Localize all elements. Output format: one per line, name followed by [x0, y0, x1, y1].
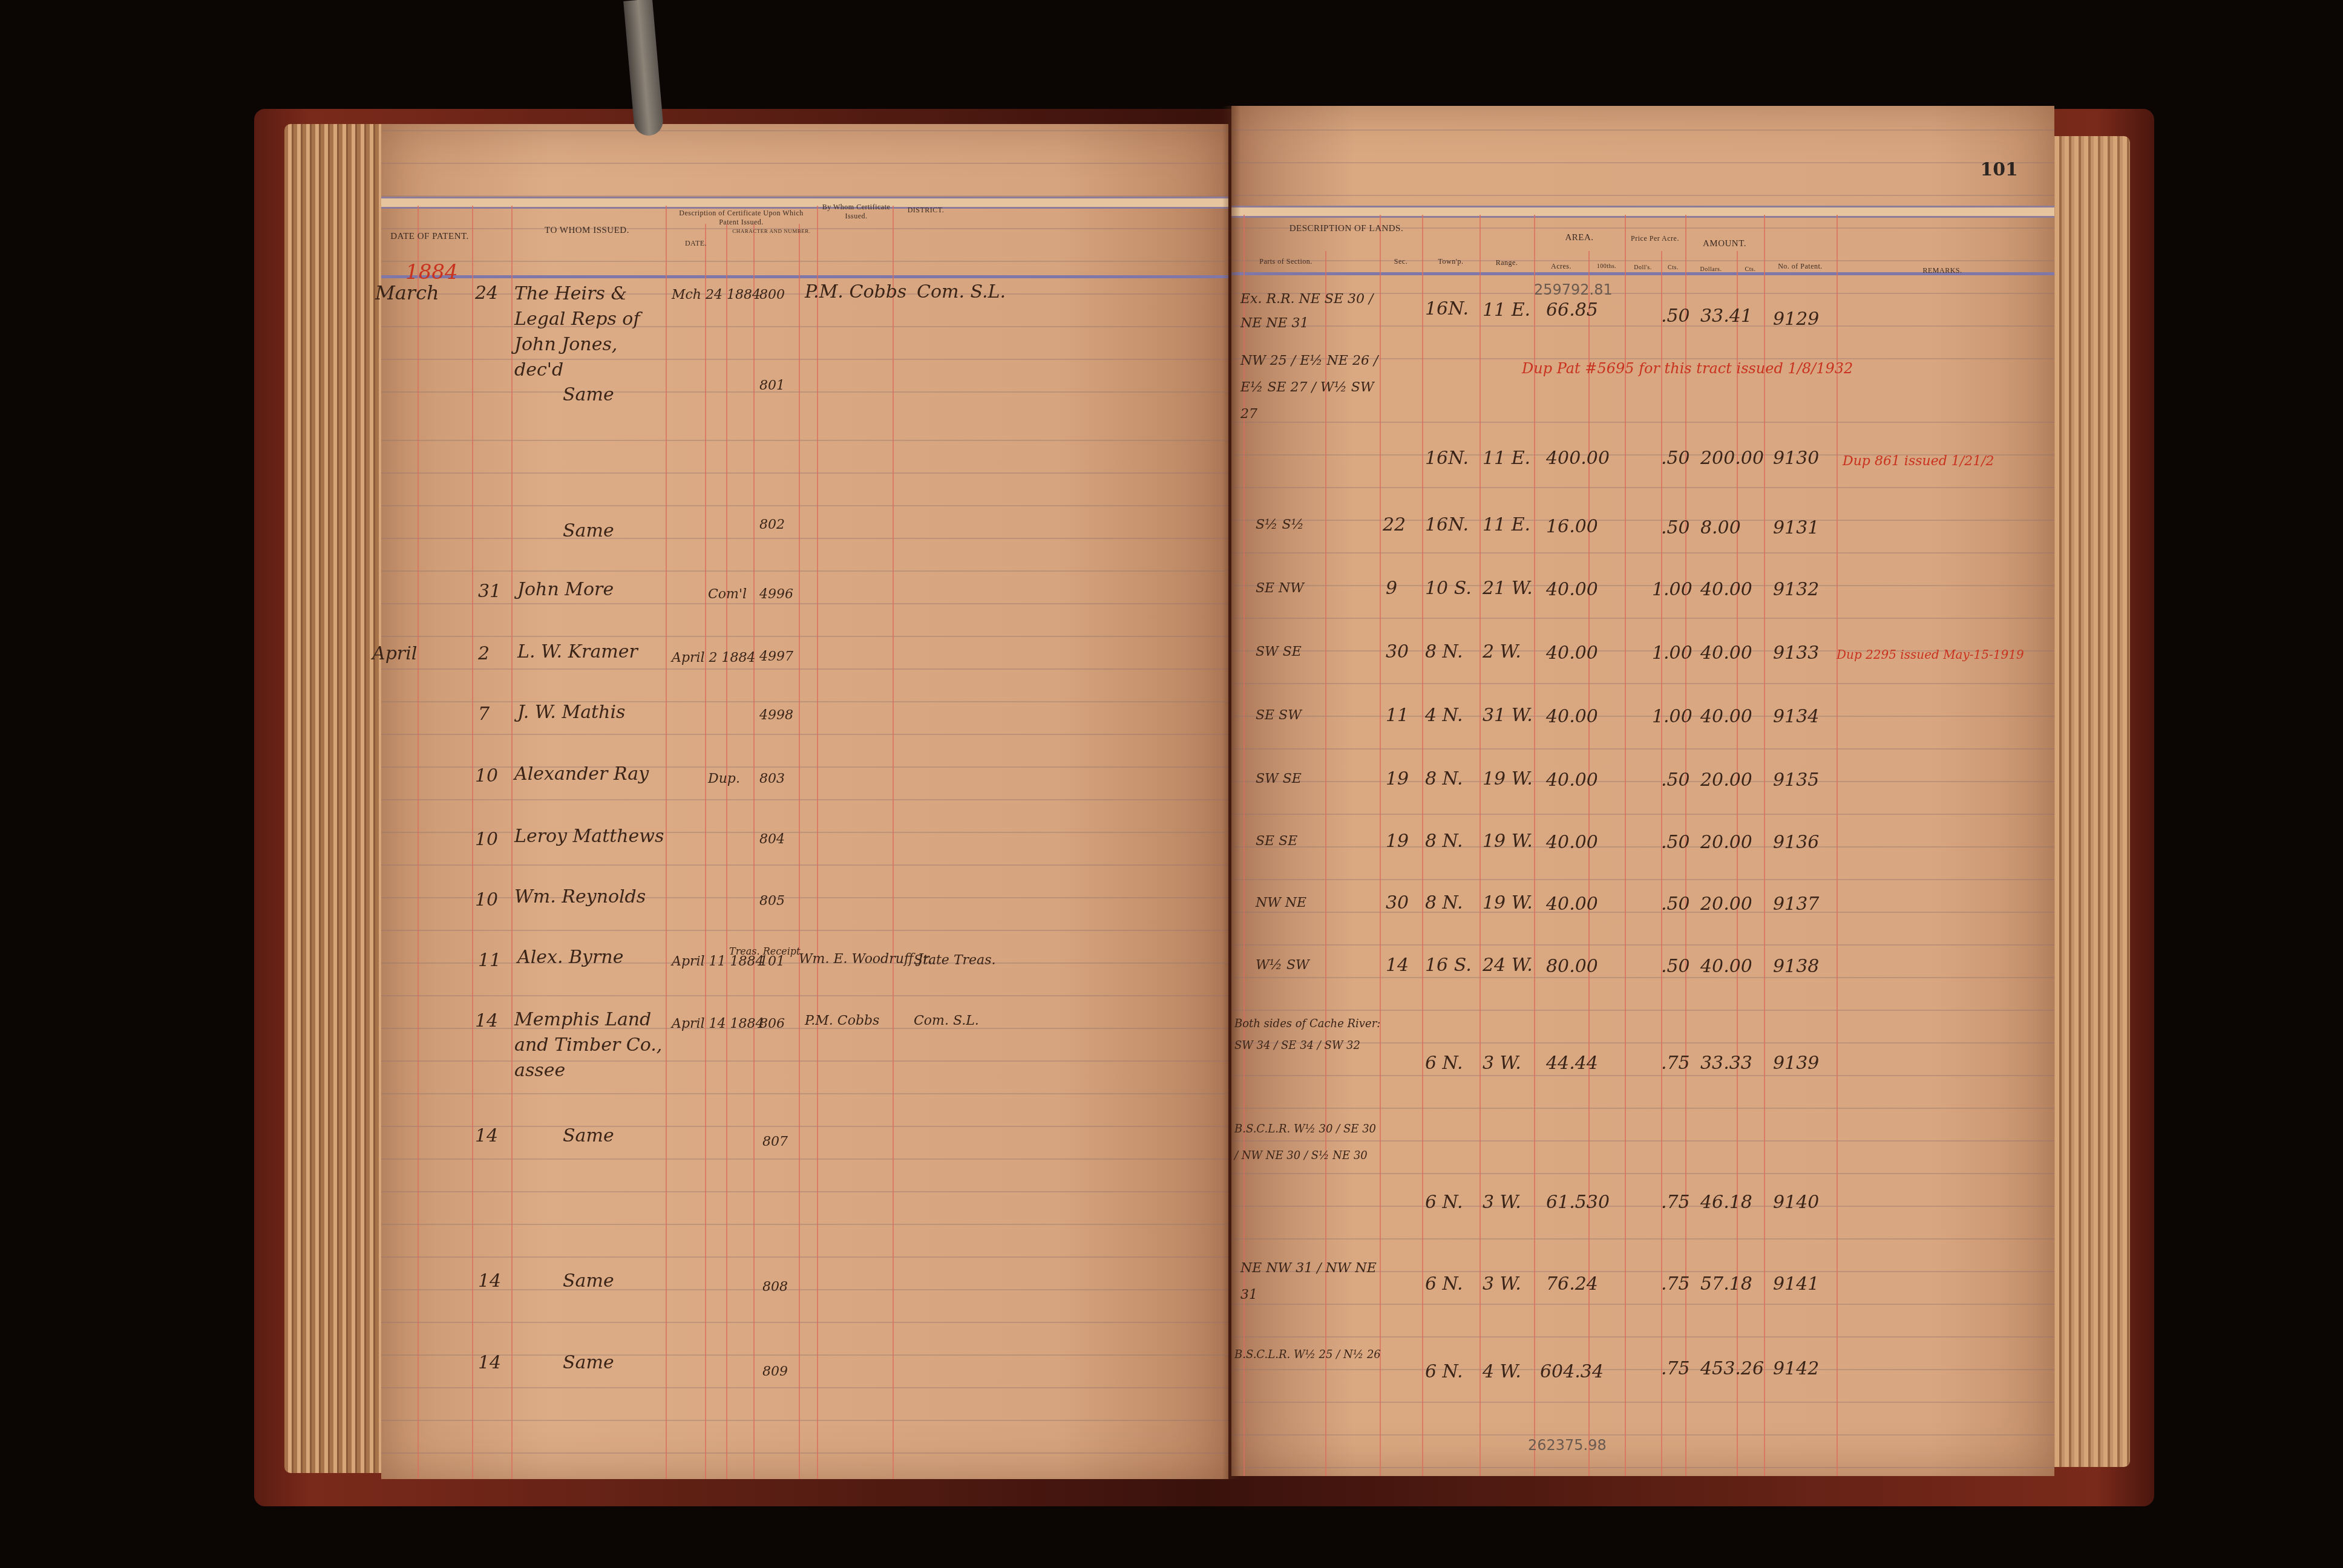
- entry-name: Alex. Byrne: [517, 947, 623, 968]
- header-by-whom: By Whom Certificate Issued.: [820, 203, 893, 221]
- right-page-edges: [2045, 136, 2130, 1467]
- entry-section: 9: [1386, 578, 1397, 599]
- entry-cert-date: April 2 1884: [672, 650, 756, 665]
- entry-district: State Treas.: [914, 953, 996, 968]
- entry-amount: 20.00: [1700, 832, 1752, 853]
- entry-cert-number: 4998: [759, 708, 793, 723]
- left-page-edges: [284, 124, 387, 1473]
- header-hundredths: 100ths.: [1588, 263, 1625, 270]
- header-amount-dollars: Dollars.: [1685, 266, 1737, 273]
- entry-parts-of-section: SW SE: [1256, 644, 1302, 659]
- entry-range: 4 W.: [1483, 1361, 1521, 1382]
- entry-acres: 40.00: [1546, 769, 1598, 791]
- entry-name: L. W. Kramer: [517, 641, 638, 662]
- entry-name: Leroy Matthews: [514, 826, 664, 847]
- entry-name: J. W. Mathis: [517, 702, 625, 723]
- entry-by-whom: Wm. E. Woodruff Jr.: [799, 952, 932, 967]
- header-amount: AMOUNT.: [1685, 239, 1764, 249]
- entry-amount: 453.26: [1700, 1358, 1764, 1379]
- entry-patent-number: 9129: [1773, 309, 1819, 330]
- entry-cert-number: 804: [759, 832, 785, 847]
- entry-section: 22: [1383, 514, 1406, 535]
- page-number: 101: [1980, 159, 2018, 180]
- entry-patent-number: 9132: [1773, 579, 1819, 600]
- header-area: AREA.: [1534, 233, 1625, 243]
- entry-amount: 200.00: [1700, 448, 1764, 469]
- entry-township: 16N.: [1425, 448, 1469, 469]
- entry-township: 6 N.: [1425, 1053, 1463, 1074]
- entry-price: .50: [1661, 517, 1690, 538]
- entry-township: 16N.: [1425, 514, 1469, 535]
- entry-day: 10: [475, 889, 498, 910]
- entry-name: Same: [563, 1125, 614, 1146]
- ruled-lines: [381, 124, 1228, 1479]
- entry-parts-of-section: NE NW 31 / NW NE 31: [1240, 1255, 1383, 1308]
- entry-patent-number: 9141: [1773, 1273, 1819, 1295]
- header-acres: Acres.: [1534, 262, 1588, 271]
- entry-parts-of-section: S½ S½: [1256, 517, 1304, 532]
- entry-amount: 20.00: [1700, 893, 1752, 915]
- entry-township: 8 N.: [1425, 892, 1463, 913]
- entry-day: 14: [478, 1270, 501, 1292]
- entry-section: 30: [1386, 892, 1409, 913]
- entry-price: .50: [1661, 956, 1690, 977]
- entry-township: 6 N.: [1425, 1192, 1463, 1213]
- header-remarks: REMARKS.: [1867, 266, 2018, 275]
- entry-acres: 44.44: [1546, 1053, 1598, 1074]
- entry-township: 8 N.: [1425, 831, 1463, 852]
- entry-day: 14: [475, 1010, 498, 1031]
- entry-patent-number: 9138: [1773, 956, 1819, 977]
- entry-patent-number: 9130: [1773, 448, 1819, 469]
- header-amount-cents: Cts.: [1737, 266, 1764, 273]
- entry-cert-number: 4997: [759, 649, 793, 664]
- entry-parts-of-section: NW 25 / E½ NE 26 / E½ SE 27 / W½ SW 27: [1240, 348, 1386, 428]
- entry-township: 8 N.: [1425, 768, 1463, 789]
- entry-character: Com'l: [708, 587, 747, 602]
- entry-range: 21 W.: [1483, 578, 1533, 599]
- entry-parts-of-section: SE NW: [1256, 581, 1304, 596]
- entry-amount: 46.18: [1700, 1192, 1752, 1213]
- year-1884: 1884: [405, 260, 458, 284]
- entry-cert-number: 805: [759, 893, 785, 909]
- entry-acres: 400.00: [1546, 448, 1610, 469]
- entry-cert-number: 4996: [759, 587, 793, 602]
- entry-township: 10 S.: [1425, 578, 1472, 599]
- entry-township: 16 S.: [1425, 955, 1472, 976]
- entry-acres: 40.00: [1546, 893, 1598, 915]
- header-date-of-patent: DATE OF PATENT.: [378, 232, 481, 242]
- entry-cert-date: Mch 24 1884: [672, 287, 761, 302]
- entry-price: .50: [1661, 893, 1690, 915]
- entry-by-whom: P.M. Cobbs: [805, 1013, 879, 1028]
- entry-acres: 604.34: [1540, 1361, 1604, 1382]
- entry-character: Dup.: [708, 771, 740, 786]
- entry-amount: 33.33: [1700, 1053, 1752, 1074]
- entry-section: 19: [1386, 768, 1409, 789]
- entry-range: 2 W.: [1483, 641, 1521, 662]
- header-rule: [381, 275, 1228, 278]
- header-price-dollars: Doll's.: [1625, 264, 1661, 271]
- entry-section: 14: [1386, 955, 1409, 976]
- entry-name: John More: [517, 579, 614, 600]
- entry-section: 19: [1386, 831, 1409, 852]
- entry-range: 24 W.: [1483, 955, 1533, 976]
- left-page: DATE OF PATENT. TO WHOM ISSUED. Descript…: [381, 124, 1228, 1479]
- entry-range: 3 W.: [1483, 1053, 1521, 1074]
- entry-parts-of-section: SW SE: [1256, 771, 1302, 786]
- entry-amount: 20.00: [1700, 769, 1752, 791]
- entry-acres: 40.00: [1546, 579, 1598, 600]
- entry-day: 14: [475, 1125, 498, 1146]
- entry-section: 11: [1386, 705, 1409, 726]
- header-character-number: CHARACTER AND NUMBER.: [732, 228, 811, 234]
- entry-parts-of-section: SE SW: [1256, 708, 1302, 723]
- entry-cert-number: 801: [759, 378, 785, 393]
- entry-parts-of-section: B.S.C.L.R. W½ 30 / SE 30 / NW NE 30 / S½…: [1234, 1116, 1383, 1169]
- pencil-page-total: 262375.98: [1528, 1437, 1607, 1454]
- entry-price: 1.00: [1652, 579, 1693, 600]
- entry-day: 11: [478, 950, 501, 971]
- header-district: DISTRICT.: [896, 206, 956, 215]
- right-page: 101 DESCRIPTION OF LANDS. Parts of Secti…: [1231, 106, 2054, 1476]
- entry-township: 8 N.: [1425, 641, 1463, 662]
- entry-name: Same: [563, 1270, 614, 1292]
- entry-patent-number: 9134: [1773, 706, 1819, 727]
- entry-parts-of-section: NW NE: [1256, 895, 1306, 910]
- entry-patent-number: 9137: [1773, 893, 1819, 915]
- entry-cert-number: 800: [759, 287, 785, 302]
- entry-cert-number: 807: [762, 1134, 788, 1149]
- entry-patent-number: 9142: [1773, 1358, 1819, 1379]
- header-no-of-patent: No. of Patent.: [1764, 262, 1837, 271]
- entry-name: Same: [563, 384, 614, 405]
- header-cert-date: DATE.: [669, 239, 723, 248]
- entry-parts-of-section: Both sides of Cache River: SW 34 / SE 34…: [1234, 1013, 1383, 1057]
- entry-range: 19 W.: [1483, 831, 1533, 852]
- entry-range: 3 W.: [1483, 1273, 1521, 1295]
- entry-cert-number: 802: [759, 517, 785, 532]
- entry-day: 10: [475, 829, 498, 850]
- entry-patent-number: 9140: [1773, 1192, 1819, 1213]
- entry-cert-number: 803: [759, 771, 785, 786]
- header-price-per-acre: Price Per Acre.: [1625, 234, 1685, 243]
- entry-price: 1.00: [1652, 642, 1693, 664]
- entry-range: 11 E.: [1483, 299, 1530, 321]
- entry-name: Wm. Reynolds: [514, 886, 646, 907]
- book-gutter: [1222, 106, 1240, 1479]
- entry-acres: 80.00: [1546, 956, 1598, 977]
- entry-cert-number: 808: [762, 1279, 788, 1295]
- entry-acres: 40.00: [1546, 642, 1598, 664]
- header-band-top: [1231, 206, 2054, 218]
- entry-cert-number: 806: [759, 1016, 785, 1031]
- entry-parts-of-section: W½ SW: [1256, 958, 1309, 973]
- entry-acres: 76.24: [1546, 1273, 1598, 1295]
- entry-range: 3 W.: [1483, 1192, 1521, 1213]
- header-description-of-lands: DESCRIPTION OF LANDS.: [1256, 224, 1437, 234]
- pencil-running-total: 259792.81: [1534, 281, 1613, 298]
- entry-day: 31: [478, 581, 501, 602]
- entry-township: 16N.: [1425, 298, 1469, 319]
- entry-patent-number: 9136: [1773, 832, 1819, 853]
- entry-patent-number: 9133: [1773, 642, 1819, 664]
- entry-township: 6 N.: [1425, 1273, 1463, 1295]
- entry-cert-number: 101: [759, 954, 785, 969]
- header-township: Town'p.: [1422, 257, 1480, 266]
- entry-amount: 57.18: [1700, 1273, 1752, 1295]
- entry-cert-number: 809: [762, 1364, 788, 1379]
- entry-amount: 40.00: [1700, 956, 1752, 977]
- entry-cert-date: April 14 1884: [672, 1016, 764, 1031]
- entry-patent-number: 9131: [1773, 517, 1819, 538]
- entry-range: 11 E.: [1483, 448, 1530, 469]
- entry-price: .75: [1661, 1358, 1690, 1379]
- header-certificate-description: Description of Certificate Upon Which Pa…: [669, 209, 814, 227]
- entry-day: 14: [478, 1352, 501, 1373]
- entry-parts-of-section: B.S.C.L.R. W½ 25 / N½ 26: [1234, 1343, 1383, 1367]
- entry-name: Alexander Ray: [514, 763, 649, 785]
- entry-price: .50: [1661, 769, 1690, 791]
- entry-acres: 66.85: [1546, 299, 1598, 321]
- header-band-top: [381, 197, 1228, 209]
- entry-amount: 33.41: [1700, 305, 1752, 327]
- entry-section: 30: [1386, 641, 1409, 662]
- header-to-whom-issued: TO WHOM ISSUED.: [514, 226, 660, 236]
- entry-day: 7: [478, 704, 490, 725]
- entry-price: .75: [1661, 1273, 1690, 1295]
- entry-day: 24: [475, 283, 498, 304]
- entry-month: April: [372, 643, 417, 664]
- header-range: Range.: [1480, 258, 1534, 267]
- entry-price: .75: [1661, 1053, 1690, 1074]
- entry-remarks-red: Dup 861 issued 1/21/2: [1843, 454, 1994, 469]
- entry-name: Same: [563, 1352, 614, 1373]
- entry-acres: 61.530: [1546, 1192, 1610, 1213]
- entry-name: The Heirs & Legal Reps of John Jones, de…: [514, 281, 666, 383]
- entry-acres: 16.00: [1546, 516, 1598, 537]
- entry-parts-of-section: Ex. R.R. NE SE 30 / NE NE 31: [1240, 287, 1386, 336]
- entry-amount: 8.00: [1700, 517, 1741, 538]
- entry-day: 2: [478, 643, 490, 664]
- entry-range: 19 W.: [1483, 768, 1533, 789]
- entry-patent-number: 9135: [1773, 769, 1819, 791]
- header-sec: Sec.: [1380, 257, 1422, 266]
- entry-price: .75: [1661, 1192, 1690, 1213]
- entry-township: 6 N.: [1425, 1361, 1463, 1382]
- entry-price: .50: [1661, 305, 1690, 327]
- entry-amount: 40.00: [1700, 579, 1752, 600]
- entry-price: .50: [1661, 448, 1690, 469]
- entry-name: Same: [563, 520, 614, 541]
- entry-month: March: [375, 281, 439, 304]
- entry-acres: 40.00: [1546, 832, 1598, 853]
- entry-amount: 40.00: [1700, 706, 1752, 727]
- entry-district: Com. S.L.: [914, 1013, 979, 1028]
- entry-range: 11 E.: [1483, 514, 1530, 535]
- header-price-cents: Cts.: [1661, 264, 1685, 271]
- entry-district: Com. S.L.: [917, 281, 1006, 302]
- entry-acres: 40.00: [1546, 706, 1598, 727]
- entry-day: 10: [475, 765, 498, 786]
- entry-range: 19 W.: [1483, 892, 1533, 913]
- entry-amount: 40.00: [1700, 642, 1752, 664]
- entry-patent-number: 9139: [1773, 1053, 1819, 1074]
- entry-range: 31 W.: [1483, 705, 1533, 726]
- entry-township: 4 N.: [1425, 705, 1463, 726]
- entry-remarks-red: Dup Pat #5695 for this tract issued 1/8/…: [1522, 360, 1853, 377]
- entry-remarks-red: Dup 2295 issued May-15-1919: [1837, 647, 2024, 662]
- entry-parts-of-section: SE SE: [1256, 834, 1297, 849]
- entry-name: Memphis Land and Timber Co., assee: [514, 1007, 666, 1083]
- header-parts-of-section: Parts of Section.: [1247, 257, 1325, 266]
- entry-price: 1.00: [1652, 706, 1693, 727]
- entry-by-whom: P.M. Cobbs: [805, 281, 906, 302]
- entry-price: .50: [1661, 832, 1690, 853]
